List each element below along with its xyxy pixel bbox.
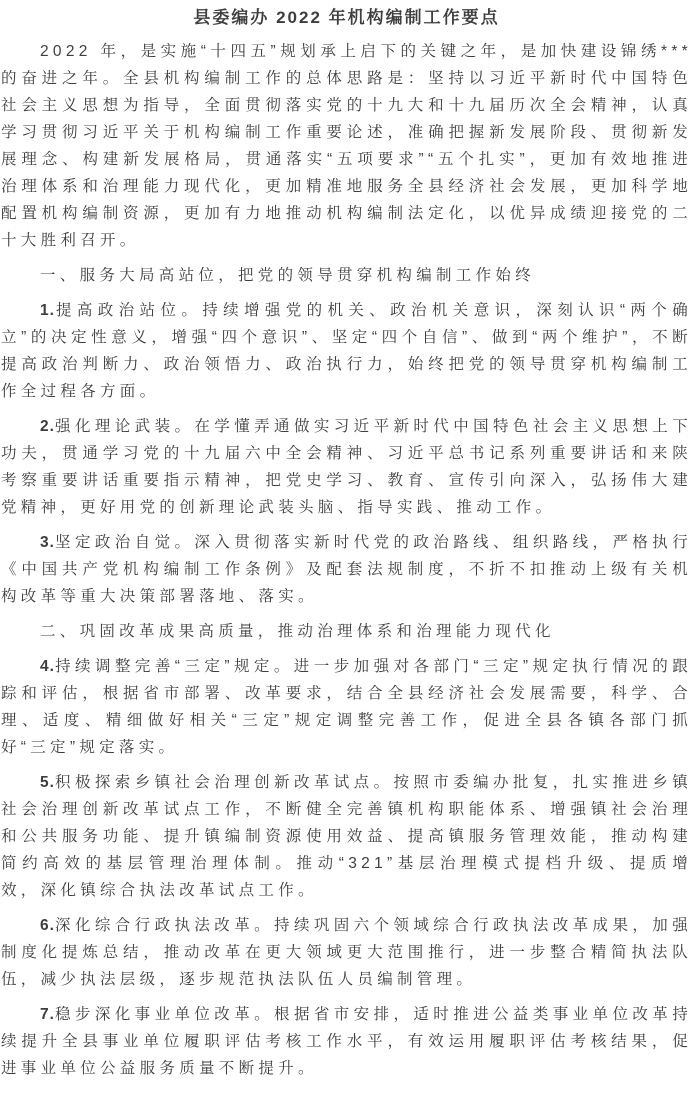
- section-heading-2: 二、巩固改革成果高质量，推动治理体系和治理能力现代化: [1, 618, 692, 645]
- numbered-paragraph-3: 3.坚定政治自觉。深入贯彻落实新时代党的政治路线、组织路线，严格执行《中国共产党…: [1, 529, 692, 610]
- numbered-paragraph-4: 4.持续调整完善“三定”规定。进一步加强对各部门“三定”规定执行情况的跟踪和评估…: [1, 653, 692, 761]
- section-heading-1: 一、服务大局高站位，把党的领导贯穿机构编制工作始终: [1, 262, 692, 289]
- item-text-4: 持续调整完善“三定”规定。进一步加强对各部门“三定”规定执行情况的跟踪和评估，根…: [1, 658, 692, 756]
- item-number-1: 1.: [40, 302, 55, 319]
- item-number-7: 7.: [40, 1006, 55, 1023]
- item-text-1: 提高政治站位。持续增强党的机关、政治机关意识，深刻认识“两个确立”的决定性意义，…: [1, 302, 692, 400]
- document-page: 县委编办 2022 年机构编制工作要点 2022 年，是实施“十四五”规划承上启…: [0, 0, 693, 1097]
- document-title: 县委编办 2022 年机构编制工作要点: [1, 6, 692, 30]
- numbered-paragraph-6: 6.深化综合行政执法改革。持续巩固六个领域综合行政执法改革成果，加强制度化提炼总…: [1, 912, 692, 993]
- numbered-paragraph-5: 5.积极探索乡镇社会治理创新改革试点。按照市委编办批复，扎实推进乡镇社会治理创新…: [1, 769, 692, 904]
- item-number-4: 4.: [40, 658, 55, 675]
- item-number-3: 3.: [40, 534, 55, 551]
- intro-paragraph: 2022 年，是实施“十四五”规划承上启下的关键之年，是加快建设锦绣***的奋进…: [1, 38, 692, 254]
- item-number-6: 6.: [40, 917, 55, 934]
- item-number-2: 2.: [40, 418, 55, 435]
- numbered-paragraph-1: 1.提高政治站位。持续增强党的机关、政治机关意识，深刻认识“两个确立”的决定性意…: [1, 297, 692, 405]
- item-text-6: 深化综合行政执法改革。持续巩固六个领域综合行政执法改革成果，加强制度化提炼总结，…: [1, 917, 692, 988]
- item-text-7: 稳步深化事业单位改革。根据省市安排，适时推进公益类事业单位改革持续提升全县事业单…: [1, 1006, 692, 1077]
- item-number-5: 5.: [40, 774, 55, 791]
- item-text-3: 坚定政治自觉。深入贯彻落实新时代党的政治路线、组织路线，严格执行《中国共产党机构…: [1, 534, 692, 605]
- numbered-paragraph-7: 7.稳步深化事业单位改革。根据省市安排，适时推进公益类事业单位改革持续提升全县事…: [1, 1001, 692, 1082]
- numbered-paragraph-2: 2.强化理论武装。在学懂弄通做实习近平新时代中国特色社会主义思想上下功夫，贯通学…: [1, 413, 692, 521]
- item-text-5: 积极探索乡镇社会治理创新改革试点。按照市委编办批复，扎实推进乡镇社会治理创新改革…: [1, 774, 692, 899]
- item-text-2: 强化理论武装。在学懂弄通做实习近平新时代中国特色社会主义思想上下功夫，贯通学习党…: [1, 418, 692, 516]
